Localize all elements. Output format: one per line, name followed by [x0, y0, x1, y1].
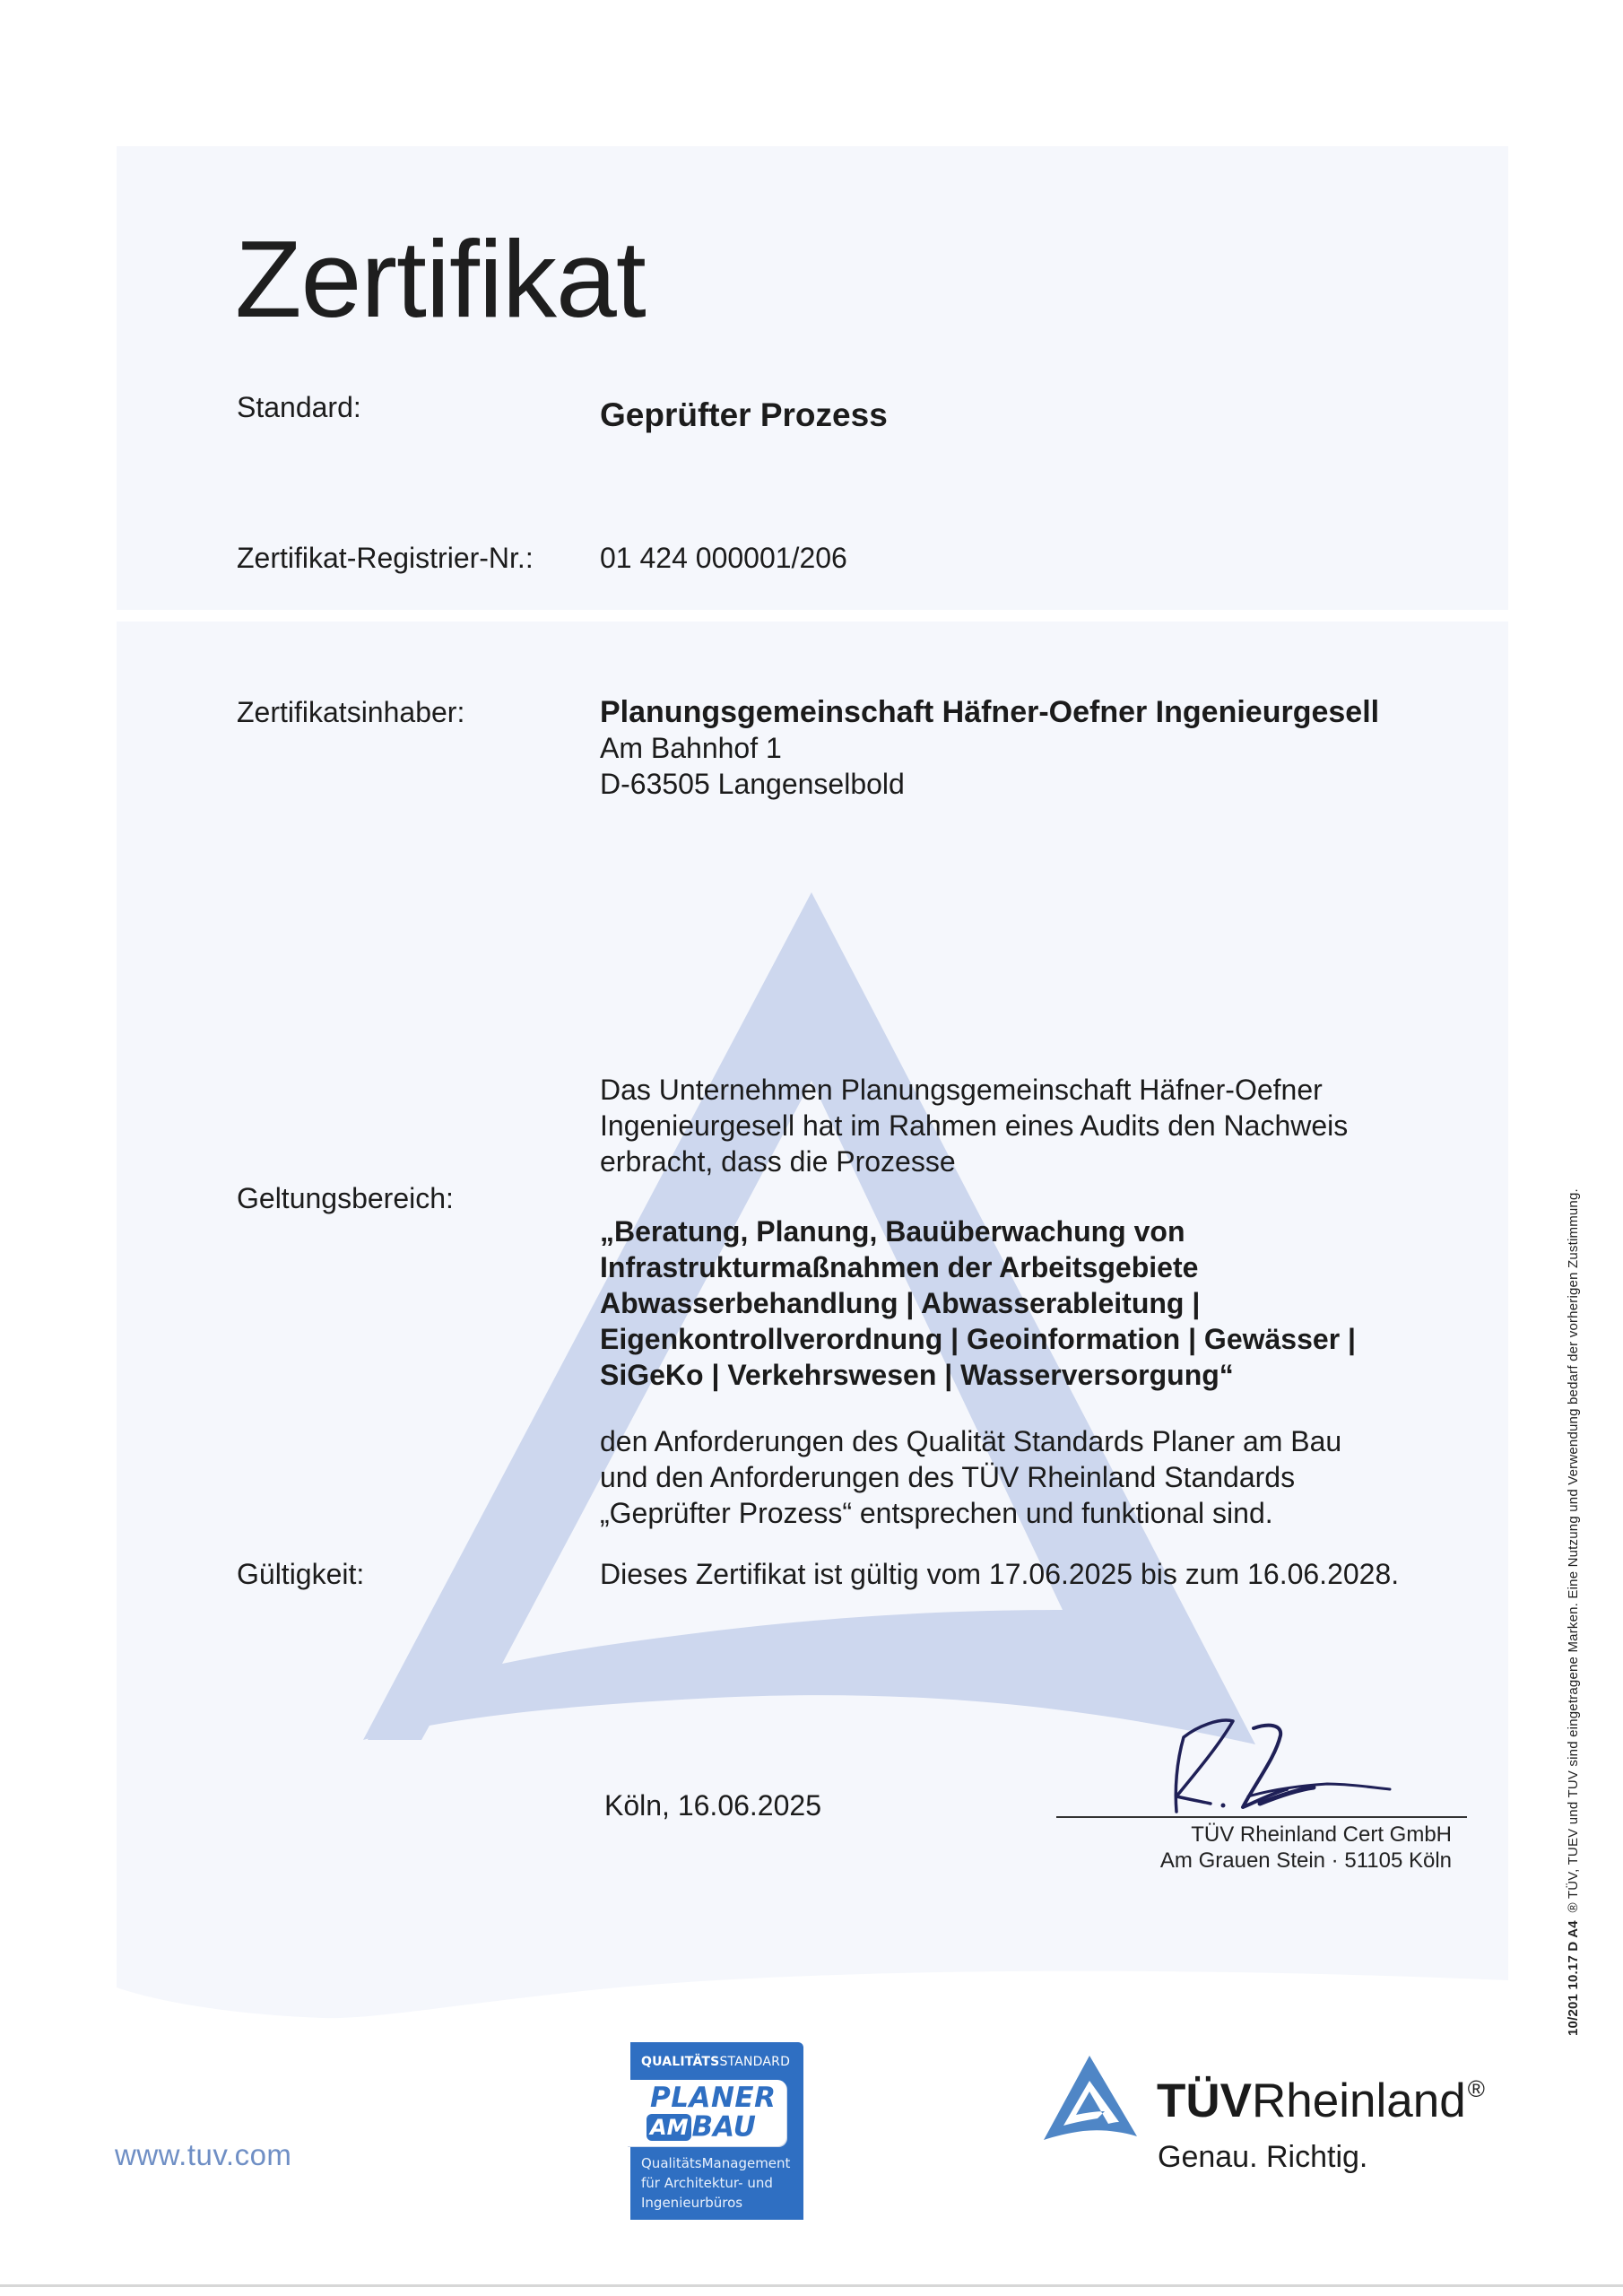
website-link[interactable]: www.tuv.com: [115, 2138, 291, 2172]
place-and-date: Köln, 16.06.2025: [604, 1787, 821, 1823]
issuer-name: TÜV Rheinland Cert GmbH: [1056, 1822, 1452, 1848]
subtitle-line: für Architektur- und: [641, 2173, 790, 2193]
holder-street: Am Bahnhof 1: [600, 730, 1379, 766]
tuv-bold-text: TÜV: [1157, 2074, 1252, 2127]
standard-value: Geprüfter Prozess: [600, 397, 888, 433]
scope-intro-text: Das Unternehmen Planungsgemeinschaft Häf…: [600, 1072, 1461, 1179]
planer-am-bau-logo: QUALITÄTSSTANDARD PLANER AMBAU Qualitäts…: [630, 2042, 803, 2220]
scope-label: Geltungsbereich:: [237, 1180, 454, 1216]
signature-icon: [1157, 1718, 1408, 1818]
am-bau-text: AMBAU: [647, 2112, 756, 2142]
scope-processes-text: „Beratung, Planung, Bauüberwachung von I…: [600, 1213, 1461, 1393]
scope-intro-line: Ingenieurgesell hat im Rahmen eines Audi…: [600, 1108, 1461, 1144]
issuer-block: TÜV Rheinland Cert GmbH Am Grauen Stein …: [1056, 1822, 1452, 1874]
scope-outro-line: „Geprüfter Prozess“ entsprechen und funk…: [600, 1495, 1461, 1531]
scope-outro-text: den Anforderungen des Qualität Standards…: [600, 1423, 1461, 1531]
subtitle-line: Ingenieurbüros: [641, 2193, 790, 2213]
scope-block: Das Unternehmen Planungsgemeinschaft Häf…: [600, 1072, 1461, 1531]
subtitle-line: QualitätsManagement: [641, 2153, 790, 2173]
scope-outro-line: den Anforderungen des Qualität Standards…: [600, 1423, 1461, 1459]
validity-label: Gültigkeit:: [237, 1556, 364, 1592]
trademark-notice: ® TÜV, TUEV und TUV sind eingetragene Ma…: [1566, 1188, 1581, 1912]
tuv-slogan: Genau. Richtig.: [1158, 2140, 1367, 2175]
certificate-holder-block: Planungsgemeinschaft Häfner-Oefner Ingen…: [600, 694, 1379, 802]
bau-text: BAU: [691, 2111, 755, 2144]
rheinland-text: Rheinland: [1252, 2074, 1466, 2127]
scan-edge-line: [0, 2284, 1623, 2287]
certificate-title: Zertifikat: [235, 224, 646, 334]
planer-am-bau-subtitle: QualitätsManagement für Architektur- und…: [641, 2153, 790, 2213]
validity-statement: Dieses Zertifikat ist gültig vom 17.06.2…: [600, 1556, 1399, 1592]
standard-label: Standard:: [237, 389, 361, 425]
tuv-triangle-logo-icon: [1040, 2054, 1139, 2144]
issuer-address: Am Grauen Stein · 51105 Köln: [1056, 1848, 1452, 1874]
form-code: 10/201 10.17 D A4: [1566, 1920, 1581, 2036]
scope-outro-line: und den Anforderungen des TÜV Rheinland …: [600, 1459, 1461, 1495]
holder-company-name: Planungsgemeinschaft Häfner-Oefner Ingen…: [600, 694, 1379, 730]
scope-intro-line: Das Unternehmen Planungsgemeinschaft Häf…: [600, 1072, 1461, 1108]
scope-process-line: „Beratung, Planung, Bauüberwachung von: [600, 1213, 1461, 1249]
legal-notice: 10/201 10.17 D A4 ® TÜV, TUEV und TUV si…: [1566, 1188, 1581, 2036]
registered-mark: ®: [1468, 2075, 1485, 2102]
holder-city: D-63505 Langenselbold: [600, 766, 1379, 802]
scope-process-line: SiGeKo | Verkehrswesen | Wasserversorgun…: [600, 1357, 1461, 1393]
planer-text: PLANER: [650, 2082, 776, 2114]
quality-standard-caption: QUALITÄTSSTANDARD: [641, 2055, 790, 2069]
scope-intro-line: erbracht, dass die Prozesse: [600, 1144, 1461, 1179]
registration-number-value: 01 424 000001/206: [600, 540, 847, 576]
quality-standard-light: STANDARD: [719, 2055, 790, 2069]
scope-process-line: Abwasserbehandlung | Abwasserableitung |: [600, 1285, 1461, 1321]
scope-process-line: Infrastrukturmaßnahmen der Arbeitsgebiet…: [600, 1249, 1461, 1285]
quality-standard-bold: QUALITÄTS: [641, 2055, 719, 2069]
registration-number-label: Zertifikat-Registrier-Nr.:: [237, 540, 534, 576]
tuv-rheinland-wordmark: TÜVRheinland®: [1157, 2077, 1485, 2125]
am-badge: AM: [647, 2114, 691, 2141]
scope-process-line: Eigenkontrollverordnung | Geoinformation…: [600, 1321, 1461, 1357]
certificate-holder-label: Zertifikatsinhaber:: [237, 694, 464, 730]
signature-line: [1056, 1816, 1467, 1818]
planer-am-bau-wordmark: PLANER AMBAU: [627, 2080, 786, 2146]
